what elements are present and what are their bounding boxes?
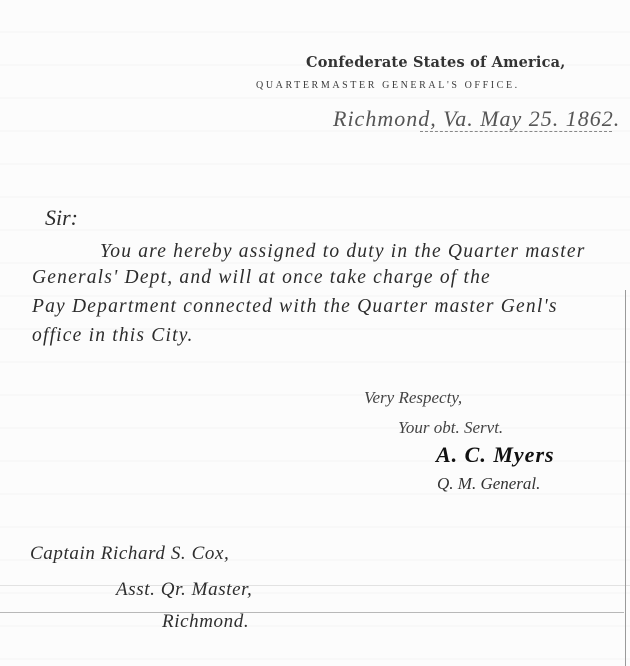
letterhead-title: Confederate States of America, <box>306 54 536 71</box>
body-line-2: Generals' Dept, and will at once take ch… <box>32 267 491 289</box>
addressee-name: Captain Richard S. Cox, <box>30 543 229 565</box>
body-line-1: You are hereby assigned to duty in the Q… <box>100 241 586 263</box>
paper-edge-vertical <box>625 290 626 666</box>
closing-line-2: Your obt. Servt. <box>398 418 503 438</box>
paper-fold-line <box>0 585 630 586</box>
body-line-4: office in this City. <box>32 325 194 347</box>
closing-line-1: Very Respecty, <box>364 388 462 408</box>
dateline: Richmond, Va. May 25. 1862. <box>333 106 613 132</box>
paper-edge-horizontal <box>0 612 624 613</box>
letterhead-office: QUARTERMASTER GENERAL'S OFFICE. <box>256 80 520 91</box>
addressee-location: Richmond. <box>162 611 249 633</box>
signature-title: Q. M. General. <box>437 474 540 494</box>
salutation: Sir: <box>45 205 78 231</box>
document-page: Confederate States of America, QUARTERMA… <box>0 0 630 666</box>
dateline-underline <box>420 131 612 132</box>
body-line-3: Pay Department connected with the Quarte… <box>32 296 558 318</box>
signature: A. C. Myers <box>436 442 555 468</box>
addressee-rank: Asst. Qr. Master, <box>116 579 252 601</box>
